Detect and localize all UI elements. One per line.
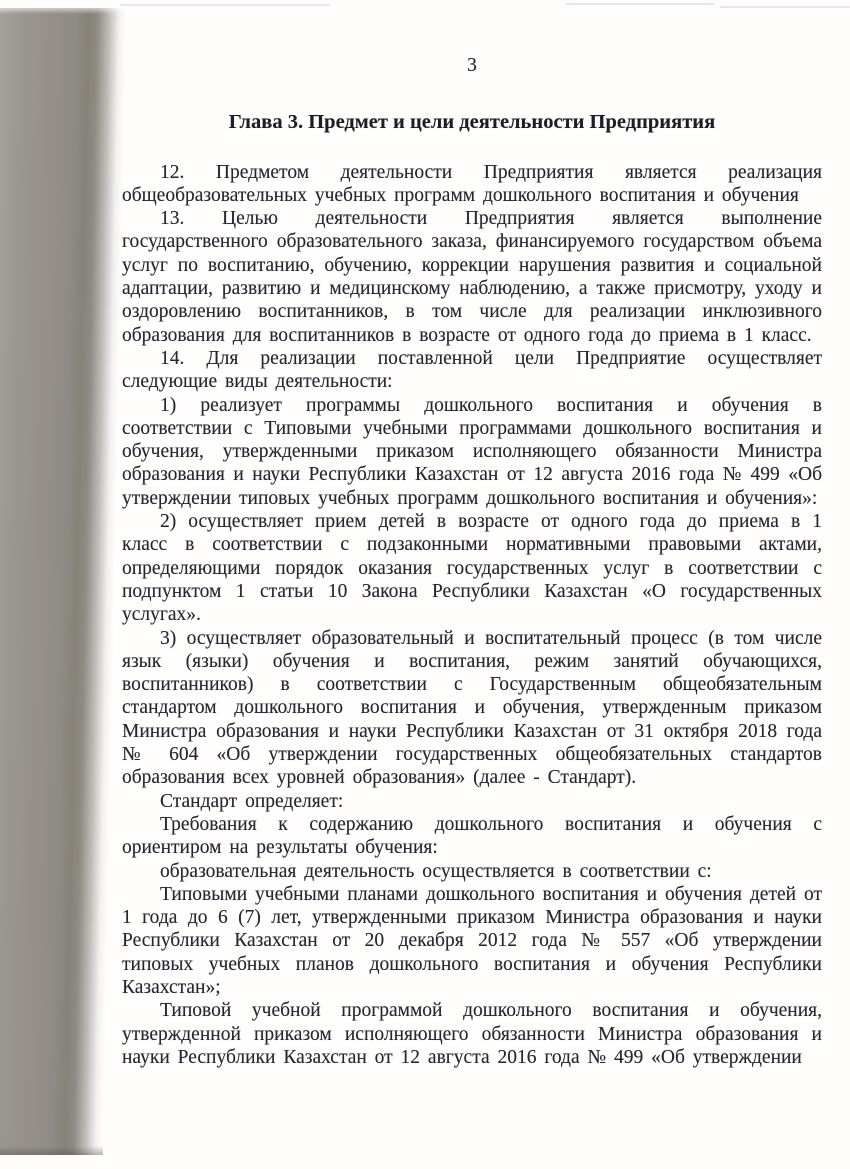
page-content: 3 Глава 3. Предмет и цели деятельности П… <box>122 0 822 1069</box>
chapter-heading: Глава 3. Предмет и цели деятельности Пре… <box>122 111 822 134</box>
page-number: 3 <box>122 54 822 77</box>
paragraph: 2) осуществляет прием детей в возрасте о… <box>122 510 822 626</box>
paragraph: 3) осуществляет образовательный и воспит… <box>122 627 822 790</box>
document-body: 12. Предметом деятельности Предприятия я… <box>122 161 822 1070</box>
paragraph: 14. Для реализации поставленной цели Пре… <box>122 347 822 394</box>
paragraph: Типовой учебной программой дошкольного в… <box>122 999 822 1069</box>
paragraph: 13. Целью деятельности Предприятия являе… <box>122 207 822 347</box>
paragraph: Типовыми учебными планами дошкольного во… <box>122 883 822 999</box>
paragraph: 1) реализует программы дошкольного воспи… <box>122 394 822 510</box>
paragraph: 12. Предметом деятельности Предприятия я… <box>122 161 822 208</box>
scanned-document-page: 3 Глава 3. Предмет и цели деятельности П… <box>0 0 850 1169</box>
scan-edge-shadow <box>0 8 127 1155</box>
paragraph: Стандарт определяет: <box>122 790 822 813</box>
paragraph: образовательная деятельность осуществляе… <box>122 860 822 883</box>
paragraph: Требования к содержанию дошкольного восп… <box>122 813 822 860</box>
